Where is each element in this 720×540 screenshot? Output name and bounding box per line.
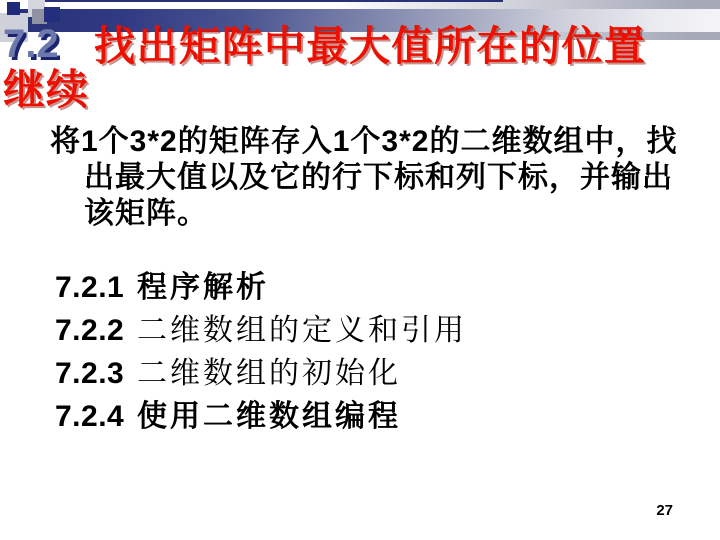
section-toc: 7.2.1程序解析 7.2.2二维数组的定义和引用 7.2.3二维数组的初始化 … — [55, 273, 467, 445]
toc-item: 7.2.3二维数组的初始化 — [55, 359, 467, 389]
corner-square-navy-left — [7, 2, 20, 15]
toc-item: 7.2.4使用二维数组编程 — [55, 402, 467, 432]
slide: 7.2 找出矩阵中最大值所在的位置 继续 将1个3*2的矩阵存入1个3*2的二维… — [0, 0, 720, 540]
toc-item-number: 7.2.4 — [55, 402, 137, 432]
body-paragraph: 将1个3*2的矩阵存入1个3*2的二维数组中，找 出最大值以及它的行下标和列下标… — [0, 124, 720, 232]
slide-title-continued: 继续 — [3, 69, 89, 111]
toc-item-number: 7.2.3 — [55, 359, 137, 389]
body-line: 将1个3*2的矩阵存入1个3*2的二维数组中，找 — [0, 124, 720, 160]
section-number: 7.2 — [3, 24, 59, 64]
toc-item-number: 7.2.2 — [55, 316, 137, 346]
toc-item-label: 程序解析 — [137, 271, 269, 304]
toc-item-label: 使用二维数组编程 — [137, 400, 401, 433]
page-number: 27 — [656, 502, 673, 519]
toc-item-number: 7.2.1 — [55, 273, 137, 303]
body-line: 该矩阵。 — [0, 196, 720, 232]
corner-square-navy-right — [44, 7, 60, 22]
body-line: 出最大值以及它的行下标和列下标，并输出 — [0, 160, 720, 196]
banner-top-rule — [33, 0, 503, 2]
toc-item: 7.2.2二维数组的定义和引用 — [55, 316, 467, 346]
toc-item-label: 二维数组的定义和引用 — [137, 314, 467, 347]
toc-item-label: 二维数组的初始化 — [137, 357, 401, 390]
slide-title: 找出矩阵中最大值所在的位置 — [94, 25, 647, 68]
toc-item: 7.2.1程序解析 — [55, 273, 467, 303]
